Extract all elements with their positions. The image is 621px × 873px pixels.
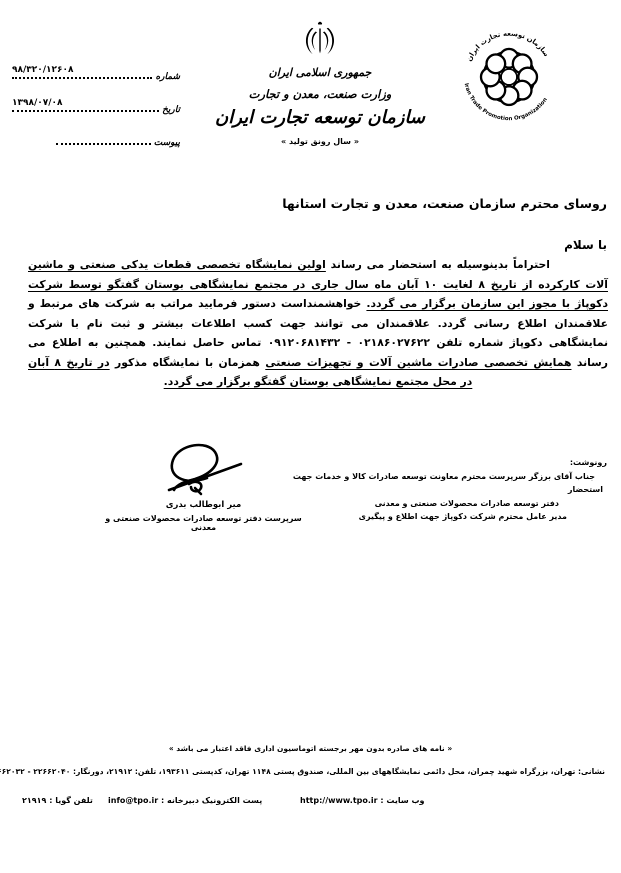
- letterhead: جمهوری اسلامی ایران وزارت صنعت، معدن و ت…: [200, 18, 440, 146]
- voice-phone-label: تلفن گویا :: [49, 796, 93, 805]
- cc-block: رونوشت: جناب آقای برزگر سرپرست محترم معا…: [277, 456, 607, 524]
- body-line: علاقمندان اطلاع رسانی گردد. علاقمندان می…: [28, 314, 608, 334]
- body-line: دکوپاژ با مجوز این سازمان برگزار می گردد…: [28, 294, 608, 314]
- footer-website: وب سایت : http://www.tpo.ir: [300, 796, 425, 805]
- attachment-label: پیوست: [154, 138, 180, 149]
- number-leader-line: ۹۸/۳۲۰/۱۲۶۰۸: [12, 77, 152, 79]
- footer-address: نشانی: تهران، بزرگراه شهید چمران، محل دا…: [16, 767, 605, 776]
- website-label: وب سایت :: [380, 796, 424, 805]
- body-text-underlined: در تاریخ ۸ آبان: [28, 356, 110, 369]
- body-text: علاقمندان اطلاع رسانی گردد. علاقمندان می…: [28, 317, 608, 330]
- letter-meta-block: شماره ۹۸/۳۲۰/۱۲۶۰۸ تاریخ ۱۳۹۸/۰۷/۰۸ پیوس…: [10, 50, 180, 149]
- handwritten-signature-icon: [129, 438, 279, 504]
- tpo-rosette-logo-icon: سازمان توسعه تجارت ایران Iran Trade Prom…: [450, 20, 568, 132]
- cc-label: رونوشت:: [277, 456, 607, 470]
- footer-email: پست الکترونیک دبیرخانه : info@tpo.ir: [108, 796, 262, 805]
- body-text: احتراماً بدینوسیله به استحضار می رساند: [326, 258, 550, 271]
- body-text-underlined: در محل مجتمع نمایشگاهی بوستان گفتگو برگز…: [164, 375, 473, 388]
- email-label: پست الکترونیک دبیرخانه :: [161, 796, 262, 805]
- letterhead-country: جمهوری اسلامی ایران: [200, 66, 440, 79]
- website-url: http://www.tpo.ir: [300, 796, 378, 805]
- attachment-leader-line: [56, 143, 151, 145]
- body-text-underlined: همایش تخصصی صادرات ماشین آلات و تجهیزات …: [265, 356, 571, 369]
- body-line: آلات کارکرده از تاریخ ۸ لغایت ۱۰ آبان ما…: [28, 275, 608, 295]
- letterhead-organization: سازمان توسعه تجارت ایران: [200, 107, 440, 128]
- letterhead-slogan: « سال رونق تولید »: [200, 137, 440, 146]
- salutation: با سلام: [564, 238, 607, 252]
- body-text-underlined: دکوپاژ با مجوز این سازمان برگزار می گردد…: [366, 297, 608, 310]
- cc-item: جناب آقای برزگر سرپرست محترم معاونت توسع…: [277, 470, 607, 484]
- voice-phone-number: ۲۱۹۱۹: [22, 796, 46, 805]
- footer-voice-phone: تلفن گویا : ۲۱۹۱۹: [22, 796, 93, 805]
- date-label: تاریخ: [162, 105, 180, 116]
- body-text-underlined: آلات کارکرده از تاریخ ۸ لغایت ۱۰ آبان ما…: [28, 278, 608, 291]
- body-text: رساند: [571, 356, 608, 369]
- meta-number-row: شماره ۹۸/۳۲۰/۱۲۶۰۸: [10, 50, 180, 83]
- date-value: ۱۳۹۸/۰۷/۰۸: [12, 98, 63, 108]
- body-text-underlined: اولین نمایشگاه تخصصی قطعات یدکی صنعتی و …: [28, 258, 326, 271]
- cc-item: استحضار: [277, 483, 607, 497]
- addressee-line: روسای محترم سازمان صنعت، معدن و تجارت اس…: [30, 196, 607, 211]
- body-line: احتراماً بدینوسیله به استحضار می رساند ا…: [28, 255, 608, 275]
- letterhead-ministry: وزارت صنعت، معدن و تجارت: [200, 87, 440, 101]
- email-address: info@tpo.ir: [108, 796, 158, 805]
- meta-date-row: تاریخ ۱۳۹۸/۰۷/۰۸: [10, 83, 180, 116]
- letter-body: احتراماً بدینوسیله به استحضار می رساند ا…: [28, 255, 608, 392]
- number-label: شماره: [155, 72, 180, 83]
- body-line: نمایشگاهی دکوپاژ شماره تلفن ۰۲۱۸۶۰۲۷۶۲۲ …: [28, 333, 608, 353]
- body-line: رساند همایش تخصصی صادرات ماشین آلات و تج…: [28, 353, 608, 373]
- cc-item: مدیر عامل محترم شرکت دکوپاژ جهت اطلاع و …: [277, 510, 607, 524]
- meta-attachment-row: پیوست: [10, 116, 180, 149]
- footer-validity-notice: « نامه های صادره بدون مهر برجسته اتوماسی…: [40, 744, 581, 753]
- scanned-letter-page: شماره ۹۸/۳۲۰/۱۲۶۰۸ تاریخ ۱۳۹۸/۰۷/۰۸ پیوس…: [0, 0, 621, 873]
- number-value: ۹۸/۳۲۰/۱۲۶۰۸: [12, 65, 74, 75]
- iran-national-emblem-icon: [298, 18, 342, 64]
- body-line: در محل مجتمع نمایشگاهی بوستان گفتگو برگز…: [28, 372, 608, 392]
- body-text: خواهشمنداست دستور فرمایید مراتب به شرکت …: [28, 297, 366, 310]
- footer-contacts: وب سایت : http://www.tpo.ir پست الکترونی…: [0, 796, 621, 814]
- date-leader-line: ۱۳۹۸/۰۷/۰۸: [12, 110, 159, 112]
- body-text: نمایشگاهی دکوپاژ شماره تلفن ۰۲۱۸۶۰۲۷۶۲۲ …: [28, 336, 608, 349]
- cc-item: دفتر توسعه صادرات محصولات صنعتی و معدنی: [277, 497, 607, 511]
- body-text: همزمان با نمایشگاه مذکور: [110, 356, 266, 369]
